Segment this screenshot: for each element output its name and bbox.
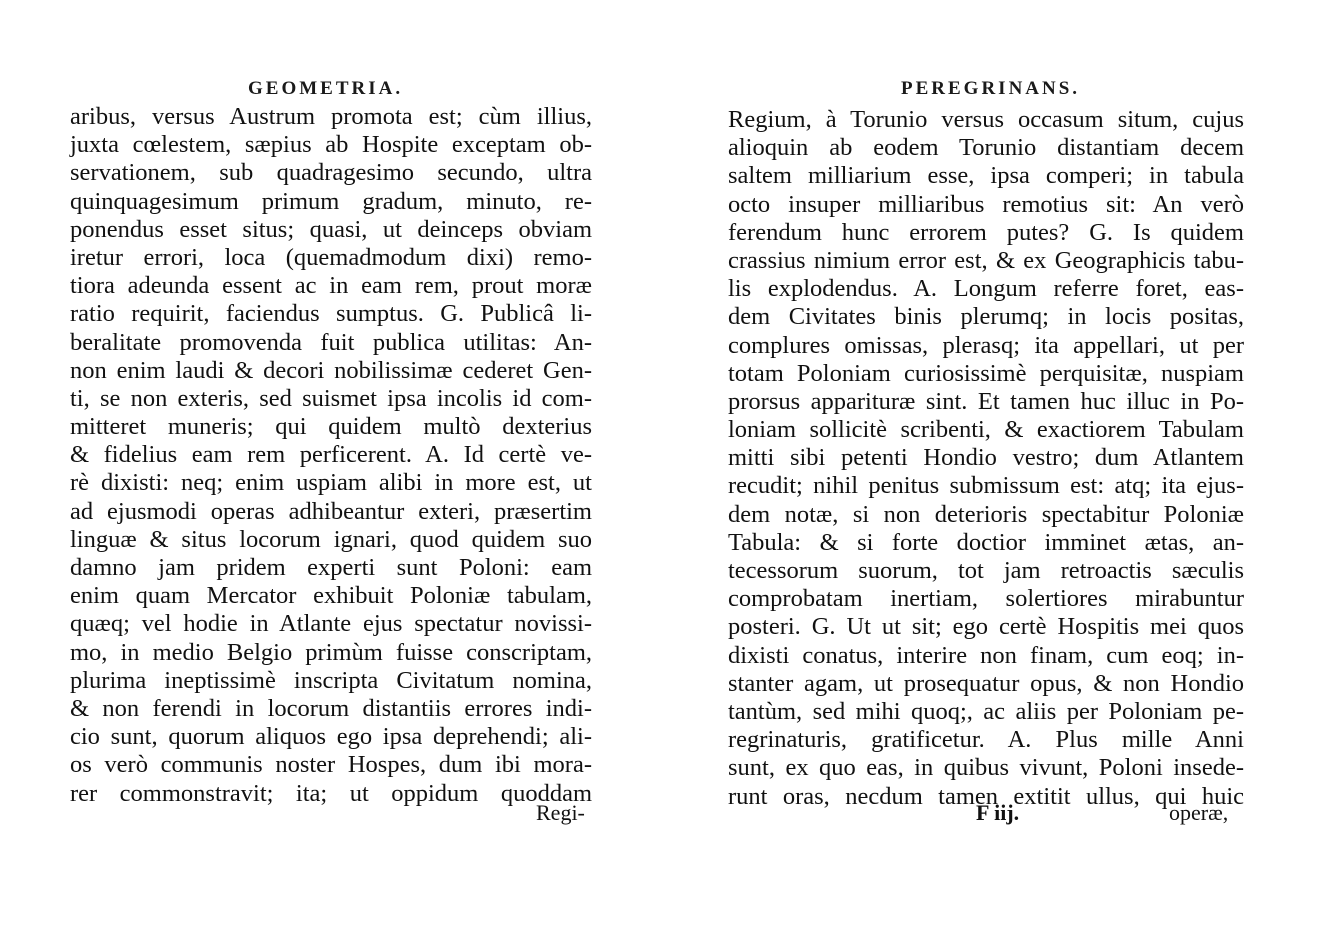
text-line: dem Civitates binis plerumq; in locis po… — [728, 303, 1244, 331]
text-line: ratio requirit, faciendus sumptus. G. Pu… — [70, 300, 592, 328]
text-line: juxta cœlestem, sæpius ab Hospite except… — [70, 131, 592, 159]
text-line: cio sunt, quorum aliquos ego ipsa depreh… — [70, 723, 592, 751]
text-line: posteri. G. Ut ut sit; ego certè Hospiti… — [728, 613, 1244, 641]
text-line: totam Poloniam curiosissimè perquisitæ, … — [728, 360, 1244, 388]
text-line: tecessorum suorum, tot jam retroactis sæ… — [728, 557, 1244, 585]
text-line: lis explodendus. A. Longum referre foret… — [728, 275, 1244, 303]
text-line: loniam sollicitè scribenti, & exactiorem… — [728, 416, 1244, 444]
text-line: octo insuper milliaribus remotius sit: A… — [728, 191, 1244, 219]
text-line: ad ejusmodi operas adhibeantur exteri, p… — [70, 498, 592, 526]
text-line: recudit; nihil penitus submissum est: at… — [728, 472, 1244, 500]
text-line: comprobatam inertiam, solertiores mirabu… — [728, 585, 1244, 613]
text-line: & non ferendi in locorum distantiis erro… — [70, 695, 592, 723]
running-head-left: Geometria. — [248, 78, 403, 100]
text-line: saltem milliarium esse, ipsa comperi; in… — [728, 162, 1244, 190]
text-line: ferendum hunc errorem putes? G. Is quide… — [728, 219, 1244, 247]
text-line: Tabula: & si forte doctior imminet ætas,… — [728, 529, 1244, 557]
text-line: iretur errori, loca (quemadmodum dixi) r… — [70, 244, 592, 272]
right-text-block: Regium, à Torunio versus occasum situm, … — [728, 106, 1244, 811]
left-page: Geometria. aribus, versus Austrum promot… — [0, 0, 661, 936]
text-line: crassius nimium error est, & ex Geograph… — [728, 247, 1244, 275]
text-line: complures omissas, plerasq; ita appellar… — [728, 332, 1244, 360]
text-line: dixisti conatus, interire non finam, cum… — [728, 642, 1244, 670]
catchword-right: operæ, — [1169, 800, 1228, 826]
text-line: enim quam Mercator exhibuit Poloniæ tabu… — [70, 582, 592, 610]
text-line: os verò communis noster Hospes, dum ibi … — [70, 751, 592, 779]
text-line: ponendus esset situs; quasi, ut deinceps… — [70, 216, 592, 244]
catchword-left: Regi- — [536, 800, 585, 826]
text-line: & fidelius eam rem perficerent. A. Id ce… — [70, 441, 592, 469]
text-line: damno jam pridem experti sunt Poloni: ea… — [70, 554, 592, 582]
text-line: rè dixisti: neq; enim uspiam alibi in mo… — [70, 469, 592, 497]
text-line: mitteret muneris; qui quidem multò dexte… — [70, 413, 592, 441]
text-line: dem notæ, si non deterioris spectabitur … — [728, 501, 1244, 529]
right-page: Peregrinans. Regium, à Torunio versus oc… — [661, 0, 1323, 936]
text-line: quinquagesimum primum gradum, minuto, re… — [70, 188, 592, 216]
text-line: mo, in medio Belgio primùm fuisse conscr… — [70, 639, 592, 667]
text-line: linguæ & situs locorum ignari, quod quid… — [70, 526, 592, 554]
text-line: non enim laudi & decori nobilissimæ cede… — [70, 357, 592, 385]
text-line: Regium, à Torunio versus occasum situm, … — [728, 106, 1244, 134]
text-line: ti, se non exteris, sed suismet ipsa inc… — [70, 385, 592, 413]
text-line: stanter agam, ut prosequatur opus, & non… — [728, 670, 1244, 698]
left-text-block: aribus, versus Austrum promota est; cùm … — [70, 103, 592, 808]
signature-mark: F iij. — [976, 800, 1019, 826]
text-line: tiora adeunda essent ac in eam rem, prou… — [70, 272, 592, 300]
text-line: alioquin ab eodem Torunio distantiam dec… — [728, 134, 1244, 162]
text-line: sunt, ex quo eas, in quibus vivunt, Polo… — [728, 754, 1244, 782]
text-line: prorsus apparituræ sint. Et tamen huc il… — [728, 388, 1244, 416]
text-line: plurima ineptissimè inscripta Civitatum … — [70, 667, 592, 695]
running-head-right: Peregrinans. — [901, 78, 1080, 100]
text-line: rer commonstravit; ita; ut oppidum quodd… — [70, 780, 592, 808]
text-line: aribus, versus Austrum promota est; cùm … — [70, 103, 592, 131]
text-line: quæq; vel hodie in Atlante ejus spectatu… — [70, 610, 592, 638]
text-line: servationem, sub quadragesimo secundo, u… — [70, 159, 592, 187]
text-line: tantùm, sed mihi quoq;, ac aliis per Pol… — [728, 698, 1244, 726]
text-line: regrinaturis, gratificetur. A. Plus mill… — [728, 726, 1244, 754]
text-line: beralitate promovenda fuit publica utili… — [70, 329, 592, 357]
text-line: mitti sibi petenti Hondio vestro; dum At… — [728, 444, 1244, 472]
